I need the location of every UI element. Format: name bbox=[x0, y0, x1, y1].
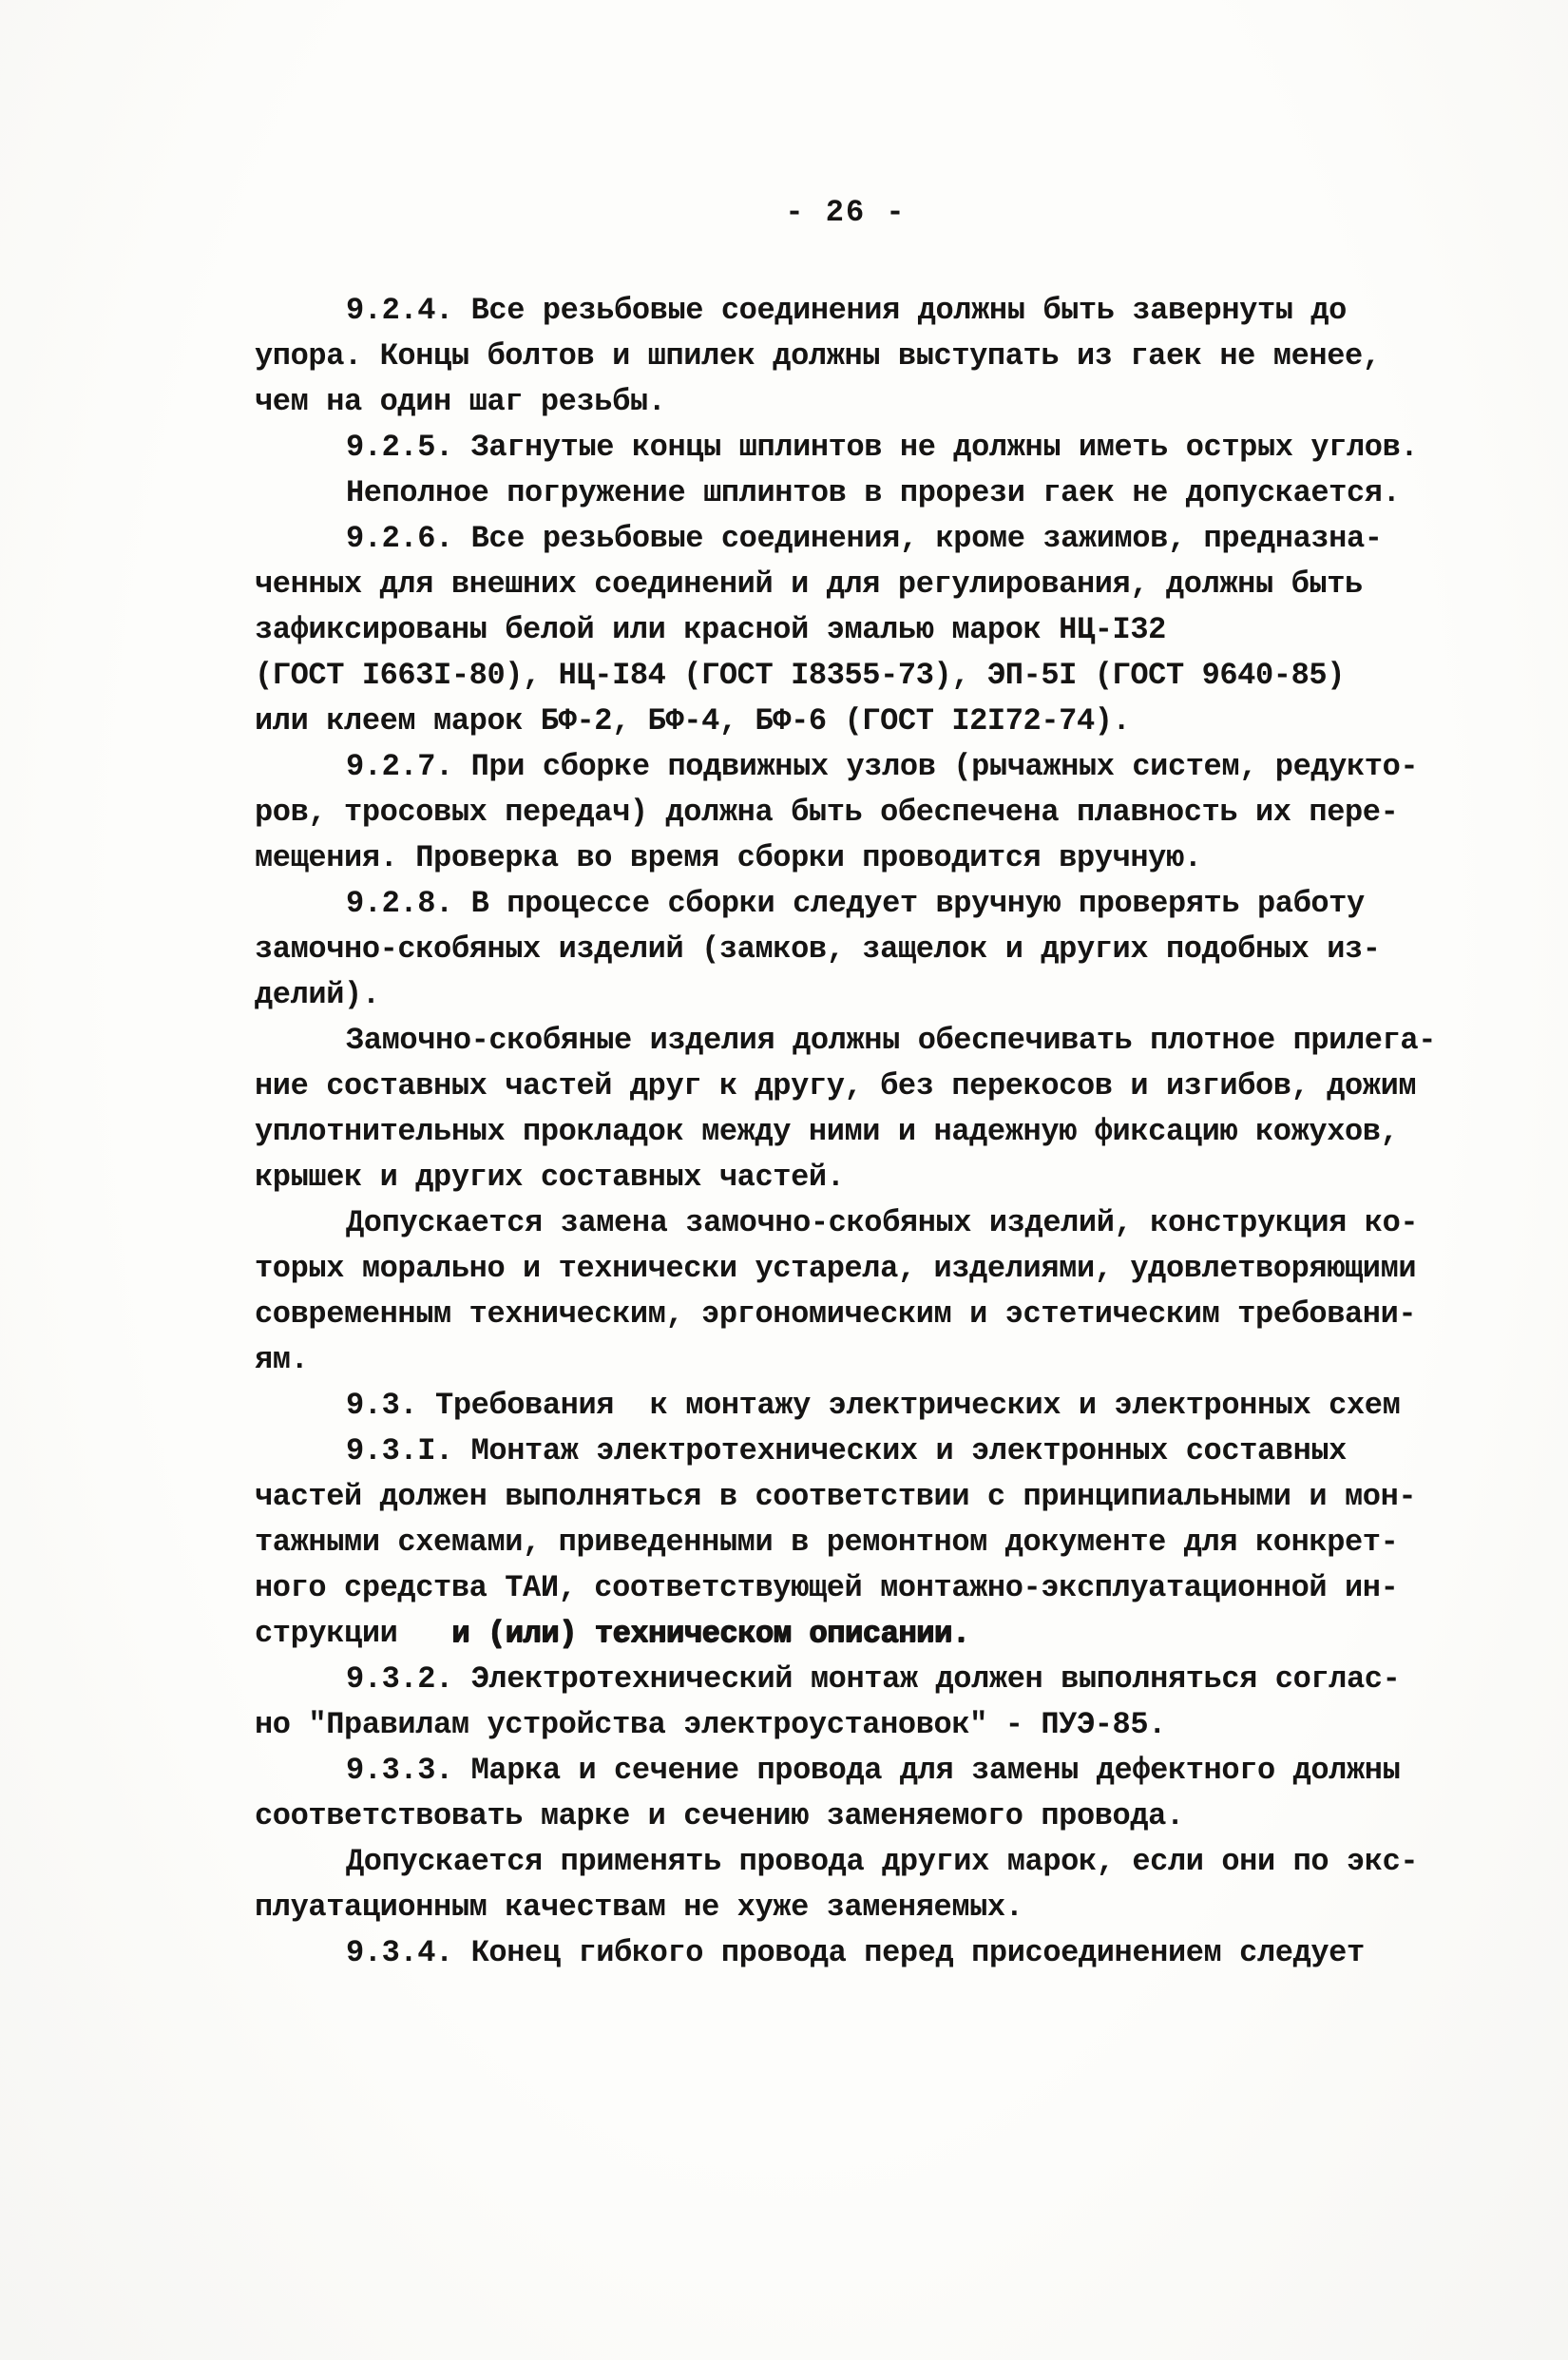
line-text: 9.3.I. Монтаж электротехнических и элект… bbox=[346, 1433, 1347, 1468]
document-text-block: 9.2.4. Все резьбовые соединения должны б… bbox=[255, 288, 1519, 1976]
line-text: 9.2.8. В процессе сборки следует вручную… bbox=[346, 886, 1365, 921]
text-line: Допускается применять провода других мар… bbox=[255, 1839, 1519, 1885]
text-line: современным техническим, эргономическим … bbox=[255, 1292, 1519, 1337]
line-text: делий). bbox=[255, 977, 380, 1012]
line-text: струкции bbox=[255, 1616, 451, 1651]
line-text: современным техническим, эргономическим … bbox=[255, 1296, 1416, 1332]
text-line: (ГОСТ I663I-80), НЦ-I84 (ГОСТ I8355-73),… bbox=[255, 653, 1519, 699]
text-line: тажными схемами, приведенными в ремонтно… bbox=[255, 1520, 1519, 1565]
text-line: мещения. Проверка во время сборки провод… bbox=[255, 835, 1519, 881]
text-line: 9.3.3. Марка и сечение провода для замен… bbox=[255, 1748, 1519, 1794]
line-text: Неполное погружение шплинтов в прорези г… bbox=[346, 475, 1400, 510]
line-text: уплотнительных прокладок между ними и на… bbox=[255, 1114, 1398, 1149]
text-line: 9.3. Требования к монтажу электрических … bbox=[255, 1383, 1519, 1429]
text-line: торых морально и технически устарела, из… bbox=[255, 1246, 1519, 1292]
text-line: упора. Концы болтов и шпилек должны выст… bbox=[255, 334, 1519, 379]
text-line: соответствовать марке и сечению заменяем… bbox=[255, 1794, 1519, 1839]
line-text: крышек и других составных частей. bbox=[255, 1160, 845, 1195]
line-text: ченных для внешних соединений и для регу… bbox=[255, 566, 1363, 602]
scanned-document-page: - 26 - 9.2.4. Все резьбовые соединения д… bbox=[0, 0, 1568, 2360]
line-text: чем на один шаг резьбы. bbox=[255, 384, 665, 419]
line-text: но "Правилам устройства электроустановок… bbox=[255, 1707, 1166, 1742]
text-line: 9.2.7. При сборке подвижных узлов (рычаж… bbox=[255, 744, 1519, 790]
text-line: чем на один шаг резьбы. bbox=[255, 379, 1519, 425]
text-line: уплотнительных прокладок между ними и на… bbox=[255, 1109, 1519, 1155]
page-number: - 26 - bbox=[257, 195, 1435, 230]
line-text: или клеем марок БФ-2, БФ-4, БФ-6 (ГОСТ I… bbox=[255, 703, 1130, 739]
text-line: 9.2.5. Загнутые концы шплинтов не должны… bbox=[255, 425, 1519, 470]
text-line: ров, тросовых передач) должна быть обесп… bbox=[255, 790, 1519, 835]
line-text: Допускается замена замочно-скобяных изде… bbox=[346, 1205, 1418, 1240]
line-text: зафиксированы белой или красной эмалью м… bbox=[255, 612, 1166, 647]
line-text: 9.2.7. При сборке подвижных узлов (рычаж… bbox=[346, 749, 1418, 784]
line-text: 9.3.2. Электротехнический монтаж должен … bbox=[346, 1661, 1400, 1697]
text-line: замочно-скобяных изделий (замков, защело… bbox=[255, 927, 1519, 972]
text-line: плуатационным качествам не хуже заменяем… bbox=[255, 1885, 1519, 1930]
text-line: крышек и других составных частей. bbox=[255, 1155, 1519, 1200]
line-text: мещения. Проверка во время сборки провод… bbox=[255, 840, 1202, 875]
text-line: 9.3.2. Электротехнический монтаж должен … bbox=[255, 1657, 1519, 1702]
line-text: частей должен выполняться в соответствии… bbox=[255, 1479, 1416, 1514]
line-text: упора. Концы болтов и шпилек должны выст… bbox=[255, 338, 1381, 374]
text-line: делий). bbox=[255, 972, 1519, 1018]
line-text: ров, тросовых передач) должна быть обесп… bbox=[255, 795, 1398, 830]
line-text: (ГОСТ I663I-80), НЦ-I84 (ГОСТ I8355-73),… bbox=[255, 658, 1345, 693]
text-line: Замочно-скобяные изделия должны обеспечи… bbox=[255, 1018, 1519, 1064]
overstruck-text: и (или) техническом описании. bbox=[451, 1616, 969, 1651]
line-text: ние составных частей друг к другу, без п… bbox=[255, 1068, 1416, 1103]
line-text: 9.2.5. Загнутые концы шплинтов не должны… bbox=[346, 430, 1418, 465]
line-text: 9.3.3. Марка и сечение провода для замен… bbox=[346, 1753, 1400, 1788]
text-line: зафиксированы белой или красной эмалью м… bbox=[255, 607, 1519, 653]
text-line: 9.2.8. В процессе сборки следует вручную… bbox=[255, 881, 1519, 927]
line-text: Замочно-скобяные изделия должны обеспечи… bbox=[346, 1023, 1436, 1058]
line-text: ного средства ТАИ, соответствующей монта… bbox=[255, 1570, 1398, 1605]
text-line: ние составных частей друг к другу, без п… bbox=[255, 1064, 1519, 1109]
text-line: ченных для внешних соединений и для регу… bbox=[255, 562, 1519, 607]
text-line: 9.2.6. Все резьбовые соединения, кроме з… bbox=[255, 516, 1519, 562]
text-line: Допускается замена замочно-скобяных изде… bbox=[255, 1200, 1519, 1246]
line-text: ям. bbox=[255, 1342, 308, 1377]
line-text: плуатационным качествам не хуже заменяем… bbox=[255, 1890, 1023, 1925]
text-line: частей должен выполняться в соответствии… bbox=[255, 1474, 1519, 1520]
text-line: Неполное погружение шплинтов в прорези г… bbox=[255, 470, 1519, 516]
text-line: ного средства ТАИ, соответствующей монта… bbox=[255, 1565, 1519, 1611]
line-text: тажными схемами, приведенными в ремонтно… bbox=[255, 1525, 1398, 1560]
text-line: или клеем марок БФ-2, БФ-4, БФ-6 (ГОСТ I… bbox=[255, 699, 1519, 744]
text-line: 9.2.4. Все резьбовые соединения должны б… bbox=[255, 288, 1519, 334]
text-line: струкции и (или) техническом описании. bbox=[255, 1611, 1519, 1657]
text-line: ям. bbox=[255, 1337, 1519, 1383]
line-text: 9.3. Требования к монтажу электрических … bbox=[346, 1388, 1400, 1423]
text-line: но "Правилам устройства электроустановок… bbox=[255, 1702, 1519, 1748]
line-text: Допускается применять провода других мар… bbox=[346, 1844, 1418, 1879]
line-text: замочно-скобяных изделий (замков, защело… bbox=[255, 931, 1381, 967]
line-text: 9.2.4. Все резьбовые соединения должны б… bbox=[346, 293, 1347, 328]
text-line: 9.3.4. Конец гибкого провода перед присо… bbox=[255, 1930, 1519, 1976]
line-text: 9.2.6. Все резьбовые соединения, кроме з… bbox=[346, 521, 1383, 556]
text-line: 9.3.I. Монтаж электротехнических и элект… bbox=[255, 1429, 1519, 1474]
line-text: торых морально и технически устарела, из… bbox=[255, 1251, 1416, 1286]
line-text: 9.3.4. Конец гибкого провода перед присо… bbox=[346, 1935, 1365, 1970]
line-text: соответствовать марке и сечению заменяем… bbox=[255, 1798, 1184, 1833]
